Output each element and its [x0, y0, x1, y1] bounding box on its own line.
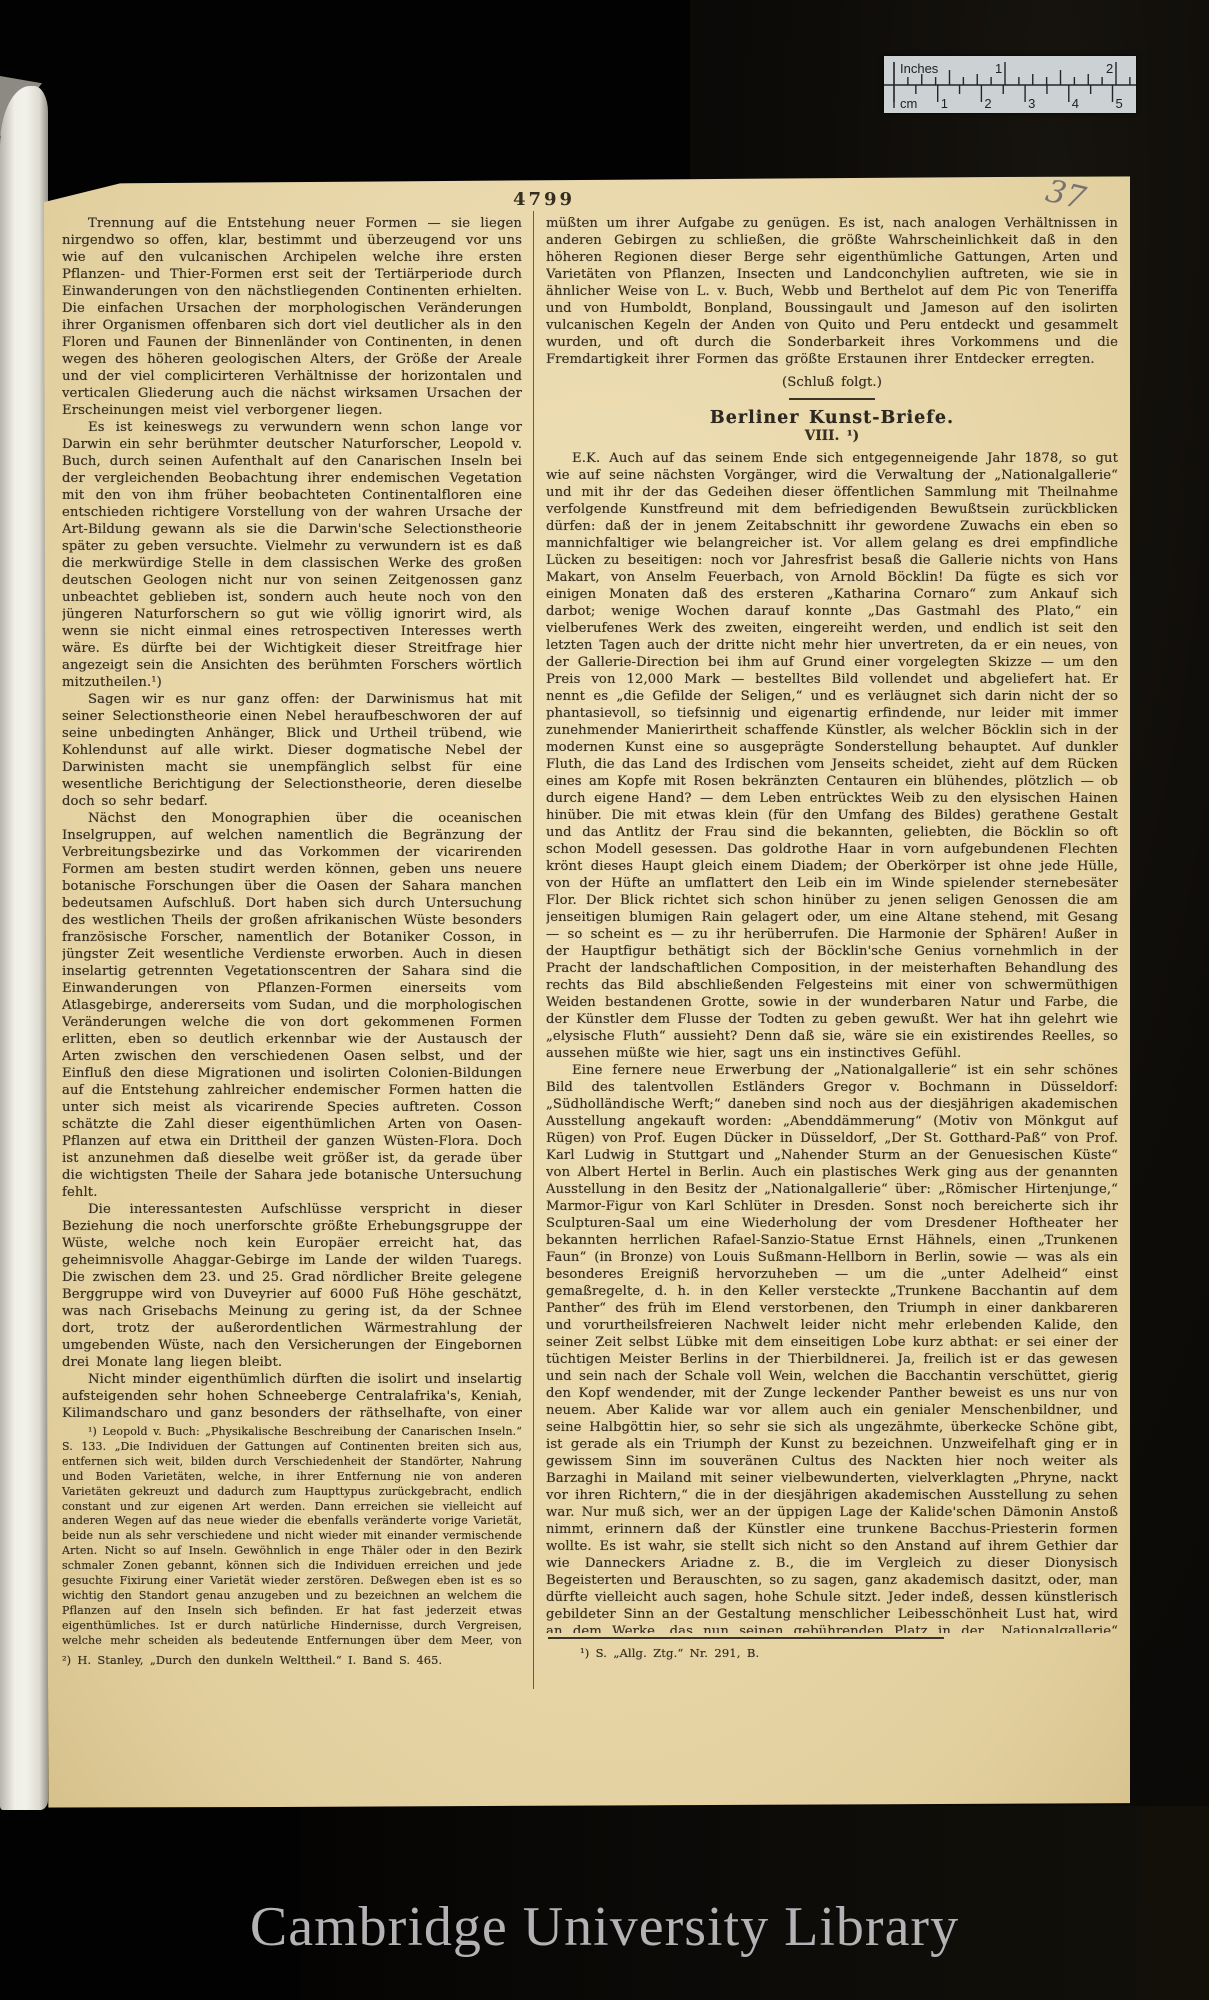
body-paragraph: Nicht minder eigenthümlich dürften die i…	[62, 1371, 522, 1419]
footnote-paragraph: ²) H. Stanley, „Durch den dunkeln Weltth…	[62, 1653, 522, 1668]
page-number: 4799	[474, 189, 614, 210]
footnote-paragraph: ¹) S. „Allg. Ztg.“ Nr. 291, B.	[580, 1645, 1110, 1662]
ruler-inch-number: 1	[995, 61, 1002, 76]
ruler-scale-graphic: Inches cm 1212345	[884, 56, 1136, 113]
article-body: E.K. Auch auf das seinem Ende sich entge…	[546, 450, 1118, 1633]
article-subtitle: VIII. ¹)	[546, 428, 1118, 445]
column-divider-rule	[533, 211, 534, 1689]
body-paragraph: Die interessantesten Aufschlüsse verspri…	[62, 1201, 522, 1371]
right-column-body: müßten um ihrer Aufgabe zu genügen. Es i…	[546, 215, 1118, 1633]
body-paragraph: müßten um ihrer Aufgabe zu genügen. Es i…	[546, 215, 1118, 368]
ruler-inches-label: Inches	[900, 61, 939, 76]
body-paragraph: Nächst den Monographien über die oceanis…	[62, 810, 522, 1201]
article-title: Berliner Kunst-Briefe.	[546, 410, 1118, 427]
body-paragraph: Sagen wir es nur ganz offen: der Darwini…	[62, 691, 522, 810]
ruler-inch-number: 2	[1106, 61, 1113, 76]
ruler-cm-number: 2	[984, 96, 991, 111]
closing-note: (Schluß folgt.)	[546, 374, 1118, 391]
ruler-cm-label: cm	[900, 96, 917, 111]
scanned-book-photo: Inches cm 1212345 4799 37 Trennung auf d…	[0, 0, 1209, 2000]
body-paragraph: Es ist keineswegs zu verwundern wenn sch…	[62, 419, 522, 691]
right-column-intro: müßten um ihrer Aufgabe zu genügen. Es i…	[546, 215, 1118, 368]
measurement-ruler: Inches cm 1212345	[884, 56, 1136, 113]
left-column-footnote-stanley: ²) H. Stanley, „Durch den dunkeln Weltth…	[62, 1653, 522, 1673]
ruler-cm-number: 3	[1028, 96, 1035, 111]
left-column-footnotes: ¹) Leopold v. Buch: „Physikalische Besch…	[62, 1425, 522, 1649]
body-paragraph: Trennung auf die Entstehung neuer Formen…	[62, 215, 522, 419]
ruler-cm-number: 1	[941, 96, 948, 111]
section-rule	[789, 398, 875, 400]
body-paragraph: Eine fernere neue Erwerbung der „Nationa…	[546, 1062, 1118, 1633]
left-column-body: Trennung auf die Entstehung neuer Formen…	[62, 215, 522, 1419]
book-pages-fore-edge	[0, 86, 48, 1810]
footnote-rule	[548, 1637, 944, 1639]
body-paragraph: E.K. Auch auf das seinem Ende sich entge…	[546, 450, 1118, 1062]
pencil-annotation: 37	[1042, 173, 1089, 217]
ruler-cm-number: 4	[1072, 96, 1079, 111]
footnote-paragraph: ¹) Leopold v. Buch: „Physikalische Besch…	[62, 1425, 522, 1649]
right-column-footnote: ¹) S. „Allg. Ztg.“ Nr. 291, B.	[580, 1645, 1110, 1662]
scanned-journal-page: 4799 37 Trennung auf die Entstehung neue…	[44, 176, 1130, 1808]
ruler-cm-number: 5	[1116, 96, 1123, 111]
library-watermark: Cambridge University Library	[0, 1895, 1209, 1959]
